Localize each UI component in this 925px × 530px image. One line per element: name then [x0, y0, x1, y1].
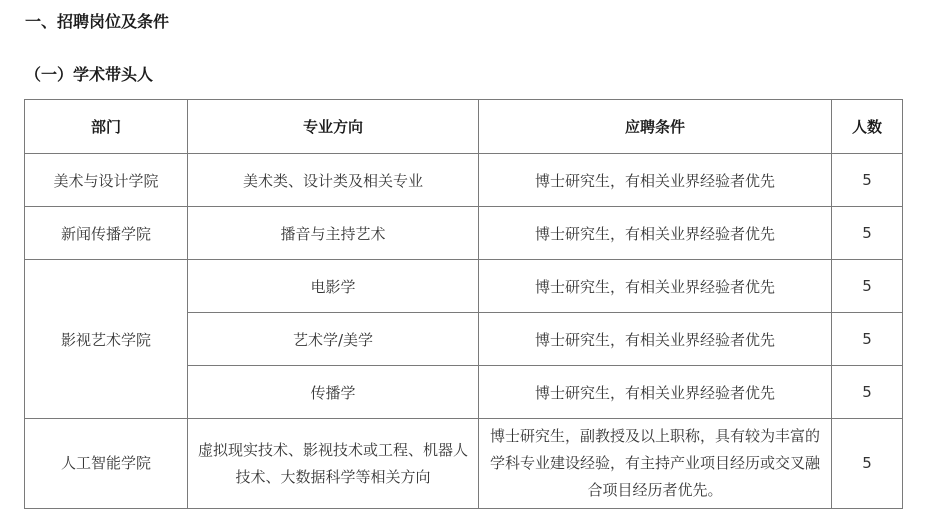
- table-header-row: 部门 专业方向 应聘条件 人数: [25, 100, 903, 154]
- department-cell: 新闻传播学院: [25, 207, 188, 260]
- requirement-cell: 博士研究生，有相关业界经验者优先: [479, 154, 832, 207]
- count-cell: 5: [832, 260, 903, 313]
- major-cell: 电影学: [188, 260, 479, 313]
- column-header-requirement: 应聘条件: [479, 100, 832, 154]
- count-cell: 5: [832, 207, 903, 260]
- table-row: 美术与设计学院 美术类、设计类及相关专业 博士研究生，有相关业界经验者优先 5: [25, 154, 903, 207]
- count-cell: 5: [832, 419, 903, 509]
- department-cell: 影视艺术学院: [25, 260, 188, 419]
- requirement-cell: 博士研究生，有相关业界经验者优先: [479, 207, 832, 260]
- table-row: 人工智能学院 虚拟现实技术、影视技术或工程、机器人技术、大数据科学等相关方向 博…: [25, 419, 903, 509]
- count-cell: 5: [832, 313, 903, 366]
- major-cell: 虚拟现实技术、影视技术或工程、机器人技术、大数据科学等相关方向: [188, 419, 479, 509]
- department-cell: 美术与设计学院: [25, 154, 188, 207]
- major-cell: 艺术学/美学: [188, 313, 479, 366]
- recruitment-positions-table: 部门 专业方向 应聘条件 人数 美术与设计学院 美术类、设计类及相关专业 博士研…: [24, 99, 903, 509]
- column-header-count: 人数: [832, 100, 903, 154]
- section-heading: 一、招聘岗位及条件: [25, 11, 169, 33]
- major-cell: 美术类、设计类及相关专业: [188, 154, 479, 207]
- count-cell: 5: [832, 366, 903, 419]
- major-cell: 传播学: [188, 366, 479, 419]
- column-header-department: 部门: [25, 100, 188, 154]
- column-header-major: 专业方向: [188, 100, 479, 154]
- table-row: 新闻传播学院 播音与主持艺术 博士研究生，有相关业界经验者优先 5: [25, 207, 903, 260]
- sub-heading: （一）学术带头人: [25, 64, 153, 86]
- requirement-cell: 博士研究生，有相关业界经验者优先: [479, 313, 832, 366]
- count-cell: 5: [832, 154, 903, 207]
- requirement-cell: 博士研究生，有相关业界经验者优先: [479, 260, 832, 313]
- department-cell: 人工智能学院: [25, 419, 188, 509]
- requirement-cell: 博士研究生，副教授及以上职称，具有较为丰富的学科专业建设经验，有主持产业项目经历…: [479, 419, 832, 509]
- requirement-cell: 博士研究生，有相关业界经验者优先: [479, 366, 832, 419]
- table-row: 影视艺术学院 电影学 博士研究生，有相关业界经验者优先 5: [25, 260, 903, 313]
- major-cell: 播音与主持艺术: [188, 207, 479, 260]
